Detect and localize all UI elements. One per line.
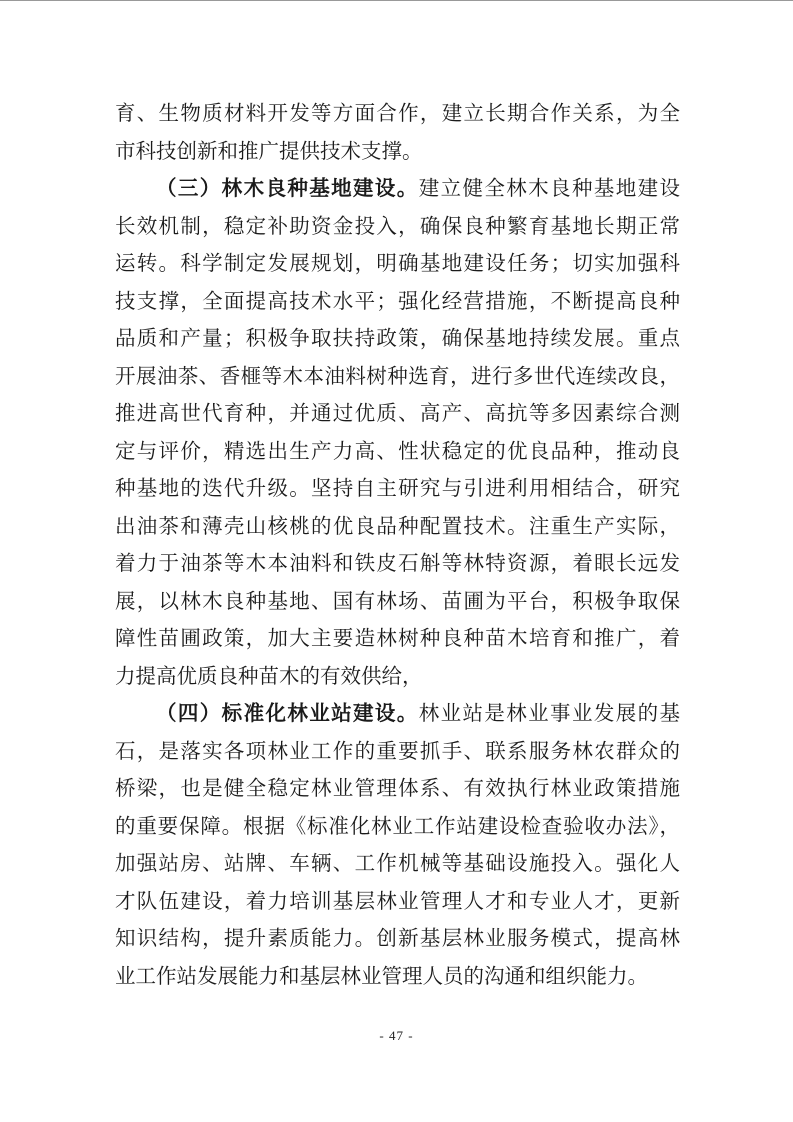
text-line: 着力于油茶等木本油料和铁皮石斛等林特资源，着眼长远发 — [115, 546, 680, 584]
text-line: 加强站房、站牌、车辆、工作机械等基础设施投入。强化人 — [115, 846, 680, 884]
text-run: 林业站是林业事业发展的基 — [419, 703, 680, 725]
section-heading-4: （四）标准化林业站建设。 — [156, 703, 419, 725]
text-line: 运转。科学制定发展规划，明确基地建设任务；切实加强科 — [115, 246, 680, 284]
text-line: （四）标准化林业站建设。林业站是林业事业发展的基 — [115, 696, 680, 734]
text-line: 育、生物质材料开发等方面合作，建立长期合作关系，为全 — [115, 96, 680, 134]
text-line: 知识结构，提升素质能力。创新基层林业服务模式，提高林 — [115, 921, 680, 959]
text-line: 品质和产量；积极争取扶持政策，确保基地持续发展。重点 — [115, 321, 680, 359]
text-line: 推进高世代育种，并通过优质、高产、高抗等多因素综合测 — [115, 396, 680, 434]
text-run: 建立健全林木良种基地建设 — [419, 178, 680, 200]
text-line: 种基地的迭代升级。坚持自主研究与引进利用相结合，研究 — [115, 471, 680, 509]
text-line: 技支撑，全面提高技术水平；强化经营措施，不断提高良种 — [115, 284, 680, 322]
text-line: 定与评价，精选出生产力高、性状稳定的优良品种，推动良 — [115, 434, 680, 472]
section-heading-3: （三）林木良种基地建设。 — [156, 178, 419, 200]
text-line: 展，以林木良种基地、国有林场、苗圃为平台，积极争取保 — [115, 584, 680, 622]
text-line: 开展油茶、香榧等木本油料树种选育，进行多世代连续改良， — [115, 359, 680, 397]
text-line: 障性苗圃政策，加大主要造林树种良种苗木培育和推广，着 — [115, 621, 680, 659]
text-line: 业工作站发展能力和基层林业管理人员的沟通和组织能力。 — [115, 959, 680, 997]
text-line: 力提高优质良种苗木的有效供给， — [115, 659, 680, 697]
document-page: 育、生物质材料开发等方面合作，建立长期合作关系，为全 市科技创新和推广提供技术支… — [0, 0, 793, 1122]
document-body: 育、生物质材料开发等方面合作，建立长期合作关系，为全 市科技创新和推广提供技术支… — [115, 96, 680, 996]
text-line: 市科技创新和推广提供技术支撑。 — [115, 134, 680, 172]
page-top-edge — [0, 0, 793, 1]
text-line: 才队伍建设，着力培训基层林业管理人才和专业人才，更新 — [115, 884, 680, 922]
text-line: 长效机制，稳定补助资金投入，确保良种繁育基地长期正常 — [115, 209, 680, 247]
text-line: 的重要保障。根据《标准化林业工作站建设检查验收办法》， — [115, 809, 680, 847]
text-line: 出油茶和薄壳山核桃的优良品种配置技术。注重生产实际， — [115, 509, 680, 547]
text-line: （三）林木良种基地建设。建立健全林木良种基地建设 — [115, 171, 680, 209]
text-line: 桥梁，也是健全稳定林业管理体系、有效执行林业政策措施 — [115, 771, 680, 809]
text-line: 石，是落实各项林业工作的重要抓手、联系服务林农群众的 — [115, 734, 680, 772]
page-number: - 47 - — [0, 1026, 793, 1046]
